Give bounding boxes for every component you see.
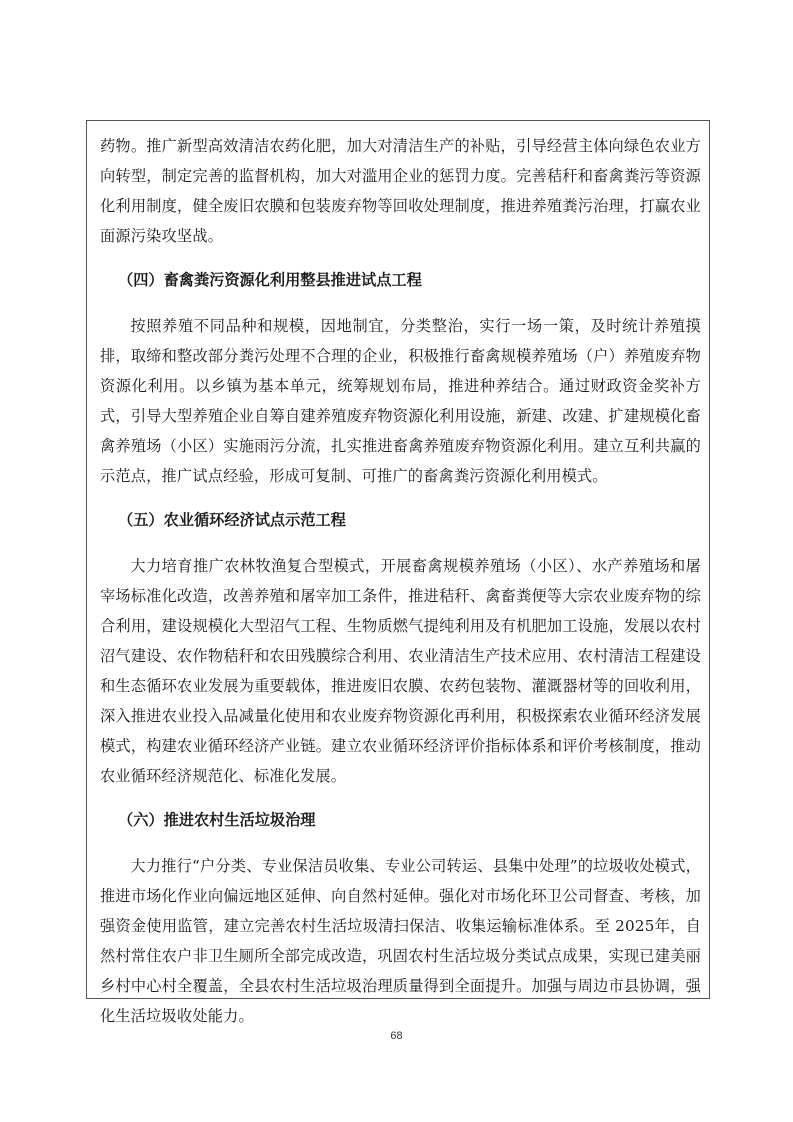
intro-paragraph: 药物。推广新型高效清洁农药化肥，加大对清洁生产的补贴，引导经营主体向绿色农业方向… xyxy=(100,131,701,251)
section-heading-4: （四）畜禽粪污资源化利用整县推进试点工程 xyxy=(100,265,701,295)
document-body: 药物。推广新型高效清洁农药化肥，加大对清洁生产的补贴，引导经营主体向绿色农业方向… xyxy=(100,131,701,1031)
section-body-4: 按照养殖不同品种和规模，因地制宜，分类整治，实行一场一策，及时统计养殖摸排，取缔… xyxy=(100,311,701,491)
section-body-5: 大力培育推广农林牧渔复合型模式，开展畜禽规模养殖场（小区）、水产养殖场和屠宰场标… xyxy=(100,551,701,791)
section-heading-6: （六）推进农村生活垃圾治理 xyxy=(100,805,701,835)
page-number: 68 xyxy=(0,1030,793,1042)
content-frame: 药物。推广新型高效清洁农药化肥，加大对清洁生产的补贴，引导经营主体向绿色农业方向… xyxy=(86,120,710,999)
section-heading-5: （五）农业循环经济试点示范工程 xyxy=(100,505,701,535)
section-body-6: 大力推行“户分类、专业保洁员收集、专业公司转运、县集中处理”的垃圾收处模式，推进… xyxy=(100,851,701,1031)
